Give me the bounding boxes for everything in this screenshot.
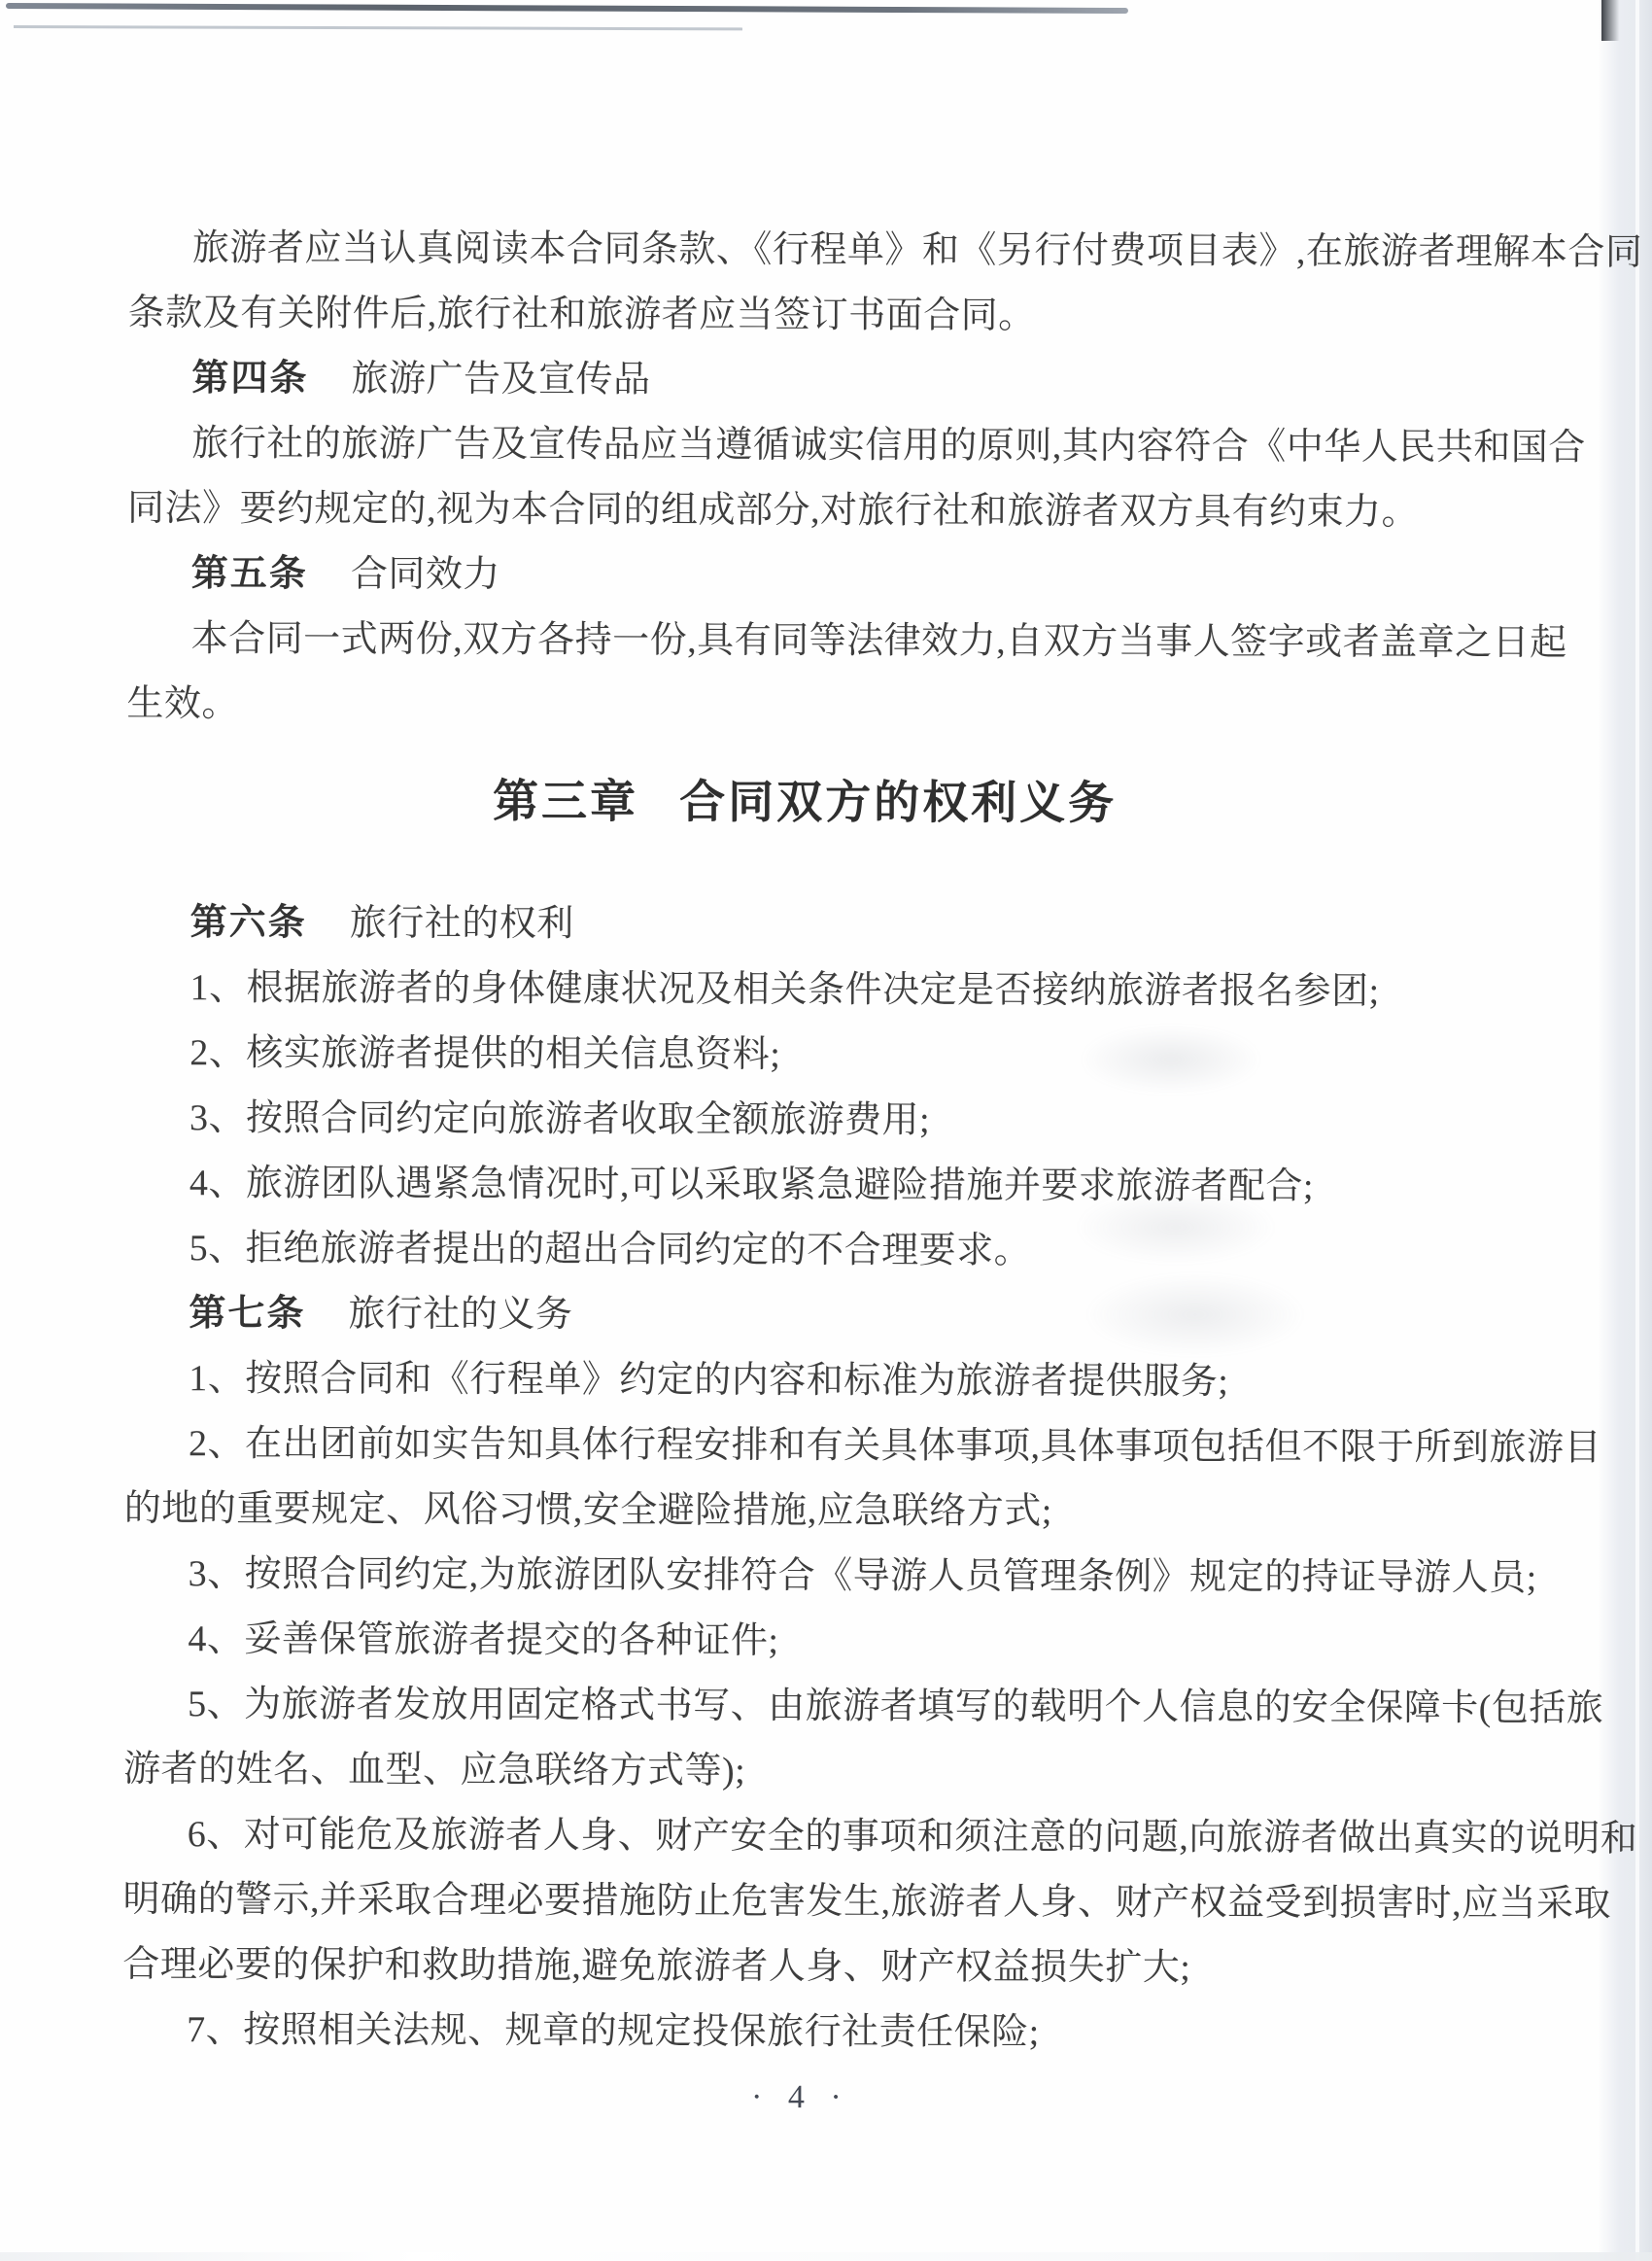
list-item-line: 5、为旅游者发放用固定格式书写、由旅游者填写的载明个人信息的安全保障卡(包括旅 <box>123 1672 1480 1741</box>
list-item-line: 2、核实旅游者提供的相关信息资料; <box>125 1021 1482 1090</box>
list-item-line: 2、在出团前如实告知具体行程安排和有关具体事项,具体事项包括但不限于所到旅游目 <box>124 1411 1481 1480</box>
list-item-line: 3、按照合同约定向旅游者收取全额旅游费用; <box>125 1086 1482 1155</box>
list-item-line: 5、拒绝旅游者提出的超出合同约定的不合理要求。 <box>125 1216 1482 1285</box>
chapter-title: 合同双方的权利义务 <box>679 776 1117 828</box>
clause-title: 旅行社的义务 <box>348 1294 572 1336</box>
page-number: · 4 · <box>122 2074 1479 2121</box>
clause-heading: 第六条 旅行社的权利 <box>126 890 1483 959</box>
body-text-line: 同法》要约规定的,视为本合同的组成部分,对旅行社和旅游者双方具有约束力。 <box>127 476 1484 545</box>
body-text-line: 旅游者应当认真阅读本合同条款、《行程单》和《另行付费项目表》,在旅游者理解本合同 <box>128 216 1485 285</box>
clause-heading: 第四条 旅游广告及宣传品 <box>127 346 1484 415</box>
list-item-line: 6、对可能危及旅游者人身、财产安全的事项和须注意的问题,向旅游者做出真实的说明和 <box>123 1802 1480 1871</box>
chapter-heading: 第三章 合同双方的权利义务 <box>126 762 1483 842</box>
scan-shadow-band-highlight <box>1635 0 1639 2261</box>
contract-text: 旅游者应当认真阅读本合同条款、《行程单》和《另行付费项目表》,在旅游者理解本合同… <box>122 216 1485 2121</box>
chapter-number: 第三章 <box>493 775 638 826</box>
list-item-line: 3、按照合同约定,为旅游团队安排符合《导游人员管理条例》规定的持证导游人员; <box>124 1542 1481 1611</box>
scan-edge-line <box>14 25 742 30</box>
clause-number: 第七条 <box>189 1293 305 1334</box>
scan-edge-line <box>6 3 1128 14</box>
clause-title: 旅游广告及宣传品 <box>351 359 650 400</box>
body-text-line: 本合同一式两份,双方各持一份,具有同等法律效力,自双方当事人签字或者盖章之日起 <box>127 607 1484 676</box>
list-item-line: 合理必要的保护和救助措施,避免旅游者人身、财产权益损失扩大; <box>122 1932 1479 2001</box>
list-item-line: 7、按照相关法规、规章的规定投保旅行社责任保险; <box>122 1998 1479 2067</box>
list-item-line: 4、旅游团队遇紧急情况时,可以采取紧急避险措施并要求旅游者配合; <box>125 1151 1482 1220</box>
clause-number: 第六条 <box>190 902 307 943</box>
body-text-line: 条款及有关附件后,旅行社和旅游者应当签订书面合同。 <box>128 281 1485 350</box>
body-text-line: 旅行社的旅游广告及宣传品应当遵循诚实信用的原则,其内容符合《中华人民共和国合 <box>127 411 1484 480</box>
list-item-line: 明确的警示,并采取合理必要措施防止危害发生,旅游者人身、财产权益受到损害时,应当… <box>122 1867 1479 1936</box>
clause-number: 第四条 <box>191 358 308 399</box>
scan-edge-strip <box>0 2252 1652 2261</box>
list-item-line: 游者的姓名、血型、应急联络方式等); <box>123 1737 1480 1806</box>
clause-heading: 第七条 旅行社的义务 <box>124 1281 1481 1350</box>
clause-title: 合同效力 <box>351 554 500 595</box>
body-text-line: 生效。 <box>126 672 1483 741</box>
list-item-line: 4、妥善保管旅游者提交的各种证件; <box>123 1607 1480 1676</box>
clause-heading: 第五条 合同效力 <box>127 541 1484 610</box>
list-item-line: 1、按照合同和《行程单》约定的内容和标准为旅游者提供服务; <box>124 1346 1481 1415</box>
clause-title: 旅行社的权利 <box>350 903 574 945</box>
list-item-line: 的地的重要规定、风俗习惯,安全避险措施,应急联络方式; <box>124 1477 1481 1546</box>
clause-number: 第五条 <box>191 553 308 594</box>
list-item-line: 1、根据旅游者的身体健康状况及相关条件决定是否接纳旅游者报名参团; <box>125 956 1482 1025</box>
scanned-contract-page: 旅游者应当认真阅读本合同条款、《行程单》和《另行付费项目表》,在旅游者理解本合同… <box>0 0 1652 2261</box>
